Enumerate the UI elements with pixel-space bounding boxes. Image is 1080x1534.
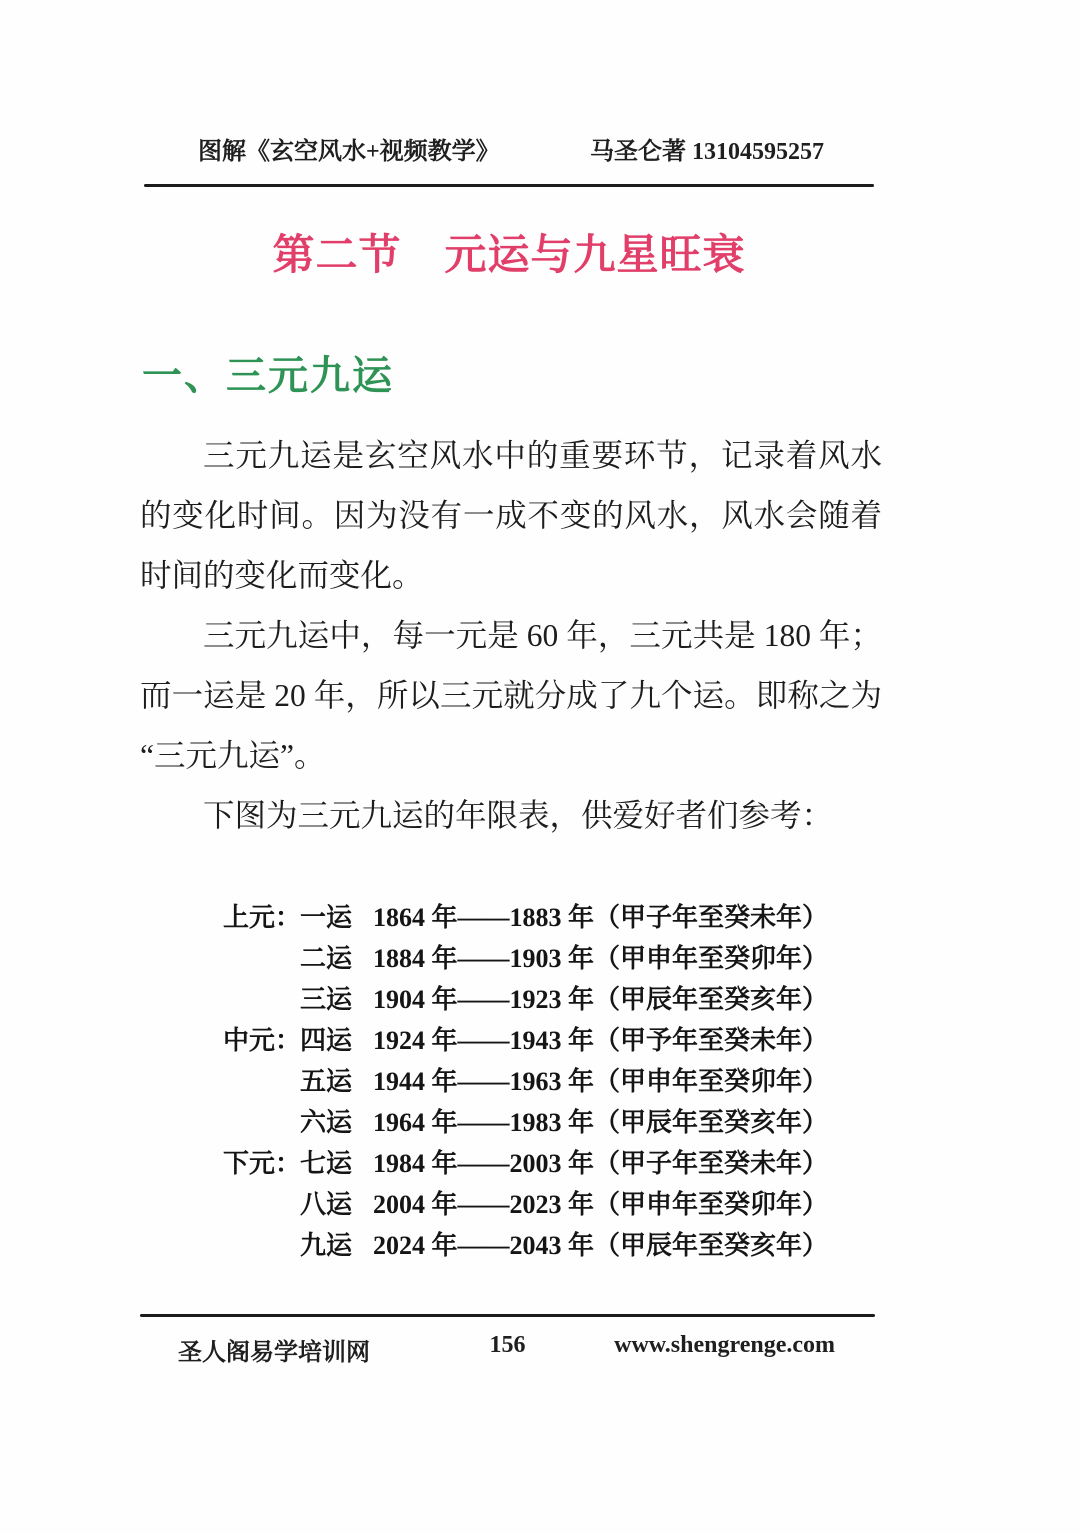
run-label: 一运: [300, 897, 373, 938]
run-label: 三运: [300, 979, 373, 1020]
era-label: 上元：: [223, 897, 300, 938]
era-table-row: 三运 1904 年——1923 年（甲辰年至癸亥年）: [223, 979, 828, 1020]
header-author-phone: 马圣仑著 13104595257: [590, 131, 824, 166]
run-label: 八运: [300, 1184, 373, 1225]
run-label: 九运: [300, 1225, 373, 1266]
run-label: 四运: [300, 1020, 373, 1061]
paragraph-line: “三元九运”。: [140, 726, 882, 786]
year-range: 1884 年——1903 年（甲申年至癸卯年）: [373, 938, 828, 979]
era-label: [223, 1102, 300, 1143]
era-table: 上元： 一运 1864 年——1883 年（甲子年至癸未年） 二运 1884 年…: [223, 897, 828, 1266]
year-range: 2024 年——2043 年（甲辰年至癸亥年）: [373, 1225, 828, 1266]
era-table-row: 八运 2004 年——2023 年（甲申年至癸卯年）: [223, 1184, 828, 1225]
footer-page-number: 156: [490, 1332, 526, 1359]
era-table-row: 五运 1944 年——1963 年（甲申年至癸卯年）: [223, 1061, 828, 1102]
era-label: 中元：: [223, 1020, 300, 1061]
era-table-row: 上元： 一运 1864 年——1883 年（甲子年至癸未年）: [223, 897, 828, 938]
run-label: 二运: [300, 938, 373, 979]
header-book-title: 图解《玄空风水+视频教学》: [198, 131, 500, 166]
era-label: [223, 1225, 300, 1266]
header-rule: [144, 184, 874, 187]
year-range: 1864 年——1883 年（甲子年至癸未年）: [373, 897, 828, 938]
era-table-row: 九运 2024 年——2043 年（甲辰年至癸亥年）: [223, 1225, 828, 1266]
paragraph-line: 三元九运是玄空风水中的重要环节，记录着风水: [140, 426, 882, 486]
era-label: [223, 938, 300, 979]
paragraph-line: 三元九运中，每一元是 60 年，三元共是 180 年；: [140, 606, 882, 666]
era-table-row: 六运 1964 年——1983 年（甲辰年至癸亥年）: [223, 1102, 828, 1143]
run-label: 六运: [300, 1102, 373, 1143]
era-table-row: 中元： 四运 1924 年——1943 年（甲予年至癸未年）: [223, 1020, 828, 1061]
year-range: 1964 年——1983 年（甲辰年至癸亥年）: [373, 1102, 828, 1143]
paragraph-line: 的变化时间。因为没有一成不变的风水，风水会随着: [140, 486, 882, 546]
subsection-heading: 一、三元九运: [142, 344, 394, 401]
page-header: 图解《玄空风水+视频教学》 马圣仑著 13104595257: [144, 131, 874, 167]
footer-site-name: 圣人阁易学培训网: [178, 1332, 370, 1367]
era-table-row: 二运 1884 年——1903 年（甲申年至癸卯年）: [223, 938, 828, 979]
year-range: 1924 年——1943 年（甲予年至癸未年）: [373, 1020, 828, 1061]
era-label: [223, 1061, 300, 1102]
paragraph-line: 下图为三元九运的年限表，供爱好者们参考：: [140, 786, 882, 846]
body-text: 三元九运是玄空风水中的重要环节，记录着风水 的变化时间。因为没有一成不变的风水，…: [140, 426, 882, 846]
run-label: 五运: [300, 1061, 373, 1102]
paragraph-line: 时间的变化而变化。: [140, 546, 882, 606]
book-page: 图解《玄空风水+视频教学》 马圣仑著 13104595257 第二节 元运与九星…: [0, 0, 1080, 1534]
footer-site-url: www.shengrenge.com: [614, 1332, 835, 1359]
year-range: 1984 年——2003 年（甲子年至癸未年）: [373, 1143, 828, 1184]
year-range: 2004 年——2023 年（甲申年至癸卯年）: [373, 1184, 828, 1225]
run-label: 七运: [300, 1143, 373, 1184]
era-table-row: 下元： 七运 1984 年——2003 年（甲子年至癸未年）: [223, 1143, 828, 1184]
footer-rule: [140, 1314, 875, 1317]
era-label: 下元：: [223, 1143, 300, 1184]
page-footer: 圣人阁易学培训网 156 www.shengrenge.com: [140, 1332, 875, 1368]
era-label: [223, 1184, 300, 1225]
paragraph-line: 而一运是 20 年，所以三元就分成了九个运。即称之为: [140, 666, 882, 726]
year-range: 1904 年——1923 年（甲辰年至癸亥年）: [373, 979, 828, 1020]
year-range: 1944 年——1963 年（甲申年至癸卯年）: [373, 1061, 828, 1102]
era-label: [223, 979, 300, 1020]
section-title: 第二节 元运与九星旺衰: [140, 222, 878, 282]
